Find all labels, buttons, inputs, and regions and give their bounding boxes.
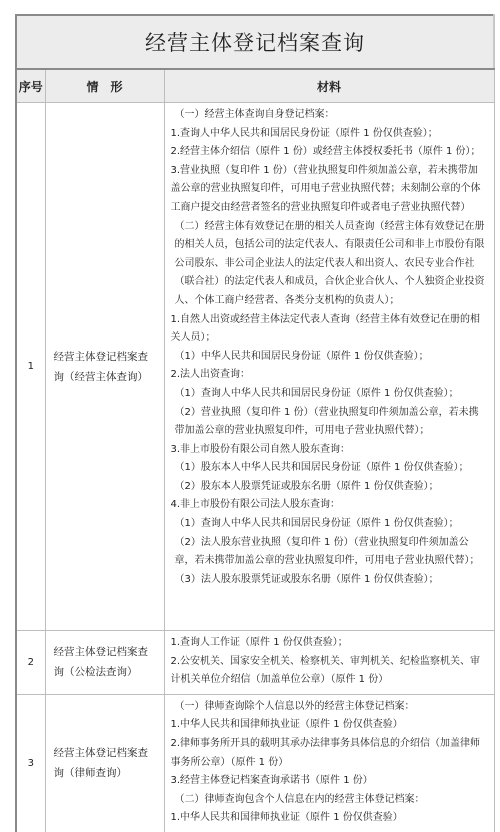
material-line: （1）查询人中华人民共和国居民身份证（原件 1 份仅供查验）； <box>171 515 488 534</box>
row-materials: （一）律师查询除个人信息以外的经营主体登记档案： 1.中华人民共和国律师执业证（… <box>164 694 494 832</box>
material-line: （3）法人股东股票凭证或股东名册（原件 1 份仅供查验）； <box>171 571 488 590</box>
material-line: （1）股东本人中华人民共和国居民身份证（原件 1 份仅供查验）； <box>171 459 488 478</box>
row-situation: 经营主体登记档案查询（公检法查询） <box>45 631 164 695</box>
material-line: （2）营业执照（复印件 1 份）（营业执照复印件须加盖公章，若未携带加盖公章的营… <box>171 404 488 441</box>
material-line: （1）查询人中华人民共和国居民身份证（原件 1 份仅供查验）； <box>171 385 488 404</box>
material-line: 1.查询人中华人民共和国居民身份证（原件 1 份仅供查验）； <box>171 125 488 144</box>
material-line: （1）中华人民共和国居民身份证（原件 1 份仅供查验）； <box>171 348 488 367</box>
material-line: 1.中华人民共和国律师执业证（原件 1 份仅供查验） <box>171 716 488 735</box>
material-line: （二）律师查询包含个人信息在内的经营主体登记档案： <box>171 791 488 810</box>
document-sheet: 经营主体登记档案查询 序号 情 形 材料 1 经营主体登记档案查询（经营主体查询… <box>15 14 493 832</box>
table-row: 1 经营主体登记档案查询（经营主体查询） （一）经营主体查询自身登记档案： 1.… <box>16 103 494 631</box>
material-line: （2）法人股东营业执照（复印件 1 份）（营业执照复印件须加盖公章，若未携带加盖… <box>171 534 488 571</box>
row-materials: 1.查询人工作证（原件 1 份仅供查验）； 2.公安机关、国家安全机关、检察机关… <box>164 631 494 695</box>
material-line: （一）律师查询除个人信息以外的经营主体登记档案： <box>171 698 488 717</box>
table-title: 经营主体登记档案查询 <box>16 15 494 69</box>
material-line: 4.非上市股份有限公司法人股东查询： <box>171 496 488 515</box>
row-index: 2 <box>16 631 45 695</box>
row-situation: 经营主体登记档案查询（律师查询） <box>45 694 164 832</box>
row-index: 1 <box>16 103 45 631</box>
material-line: 3.营业执照（复印件 1 份）（营业执照复印件须加盖公章，若未携带加盖公章的营业… <box>171 162 488 218</box>
table-row: 3 经营主体登记档案查询（律师查询） （一）律师查询除个人信息以外的经营主体登记… <box>16 694 494 832</box>
material-line: 3.经营主体登记档案查询承诺书（原件 1 份） <box>171 772 488 791</box>
material-line: 2.经营主体介绍信（原件 1 份）或经营主体授权委托书（原件 1 份）； <box>171 143 488 162</box>
material-line: 2.法人出资查询： <box>171 366 488 385</box>
material-line: 2.公安机关、国家安全机关、检察机关、审判机关、纪检监察机关、审计机关单位介绍信… <box>171 653 488 690</box>
material-line: （一）经营主体查询自身登记档案： <box>171 106 488 125</box>
header-materials: 材料 <box>164 69 494 103</box>
material-line: 1.查询人工作证（原件 1 份仅供查验）； <box>171 634 488 653</box>
row-index: 3 <box>16 694 45 832</box>
header-situation: 情 形 <box>45 69 164 103</box>
row-situation: 经营主体登记档案查询（经营主体查询） <box>45 103 164 631</box>
material-line: 3.非上市股份有限公司自然人股东查询： <box>171 441 488 460</box>
material-line: （二）经营主体有效登记在册的相关人员查询（经营主体有效登记在册的相关人员，包括公… <box>171 218 488 311</box>
material-line: 2.律师事务所开具的载明其承办法律事务具体信息的介绍信（加盖律师事务所公章）（原… <box>171 735 488 772</box>
header-index: 序号 <box>16 69 45 103</box>
material-line: 1.自然人出资或经营主体法定代表人查询（经营主体有效登记在册的相关人员）； <box>171 311 488 348</box>
material-line: 1.中华人民共和国律师执业证（原件 1 份仅供查验） <box>171 809 488 828</box>
materials-table: 经营主体登记档案查询 序号 情 形 材料 1 经营主体登记档案查询（经营主体查询… <box>15 14 495 832</box>
table-row: 2 经营主体登记档案查询（公检法查询） 1.查询人工作证（原件 1 份仅供查验）… <box>16 631 494 695</box>
row-materials: （一）经营主体查询自身登记档案： 1.查询人中华人民共和国居民身份证（原件 1 … <box>164 103 494 631</box>
material-line: （2）股东本人股票凭证或股东名册（原件 1 份仅供查验）； <box>171 478 488 497</box>
